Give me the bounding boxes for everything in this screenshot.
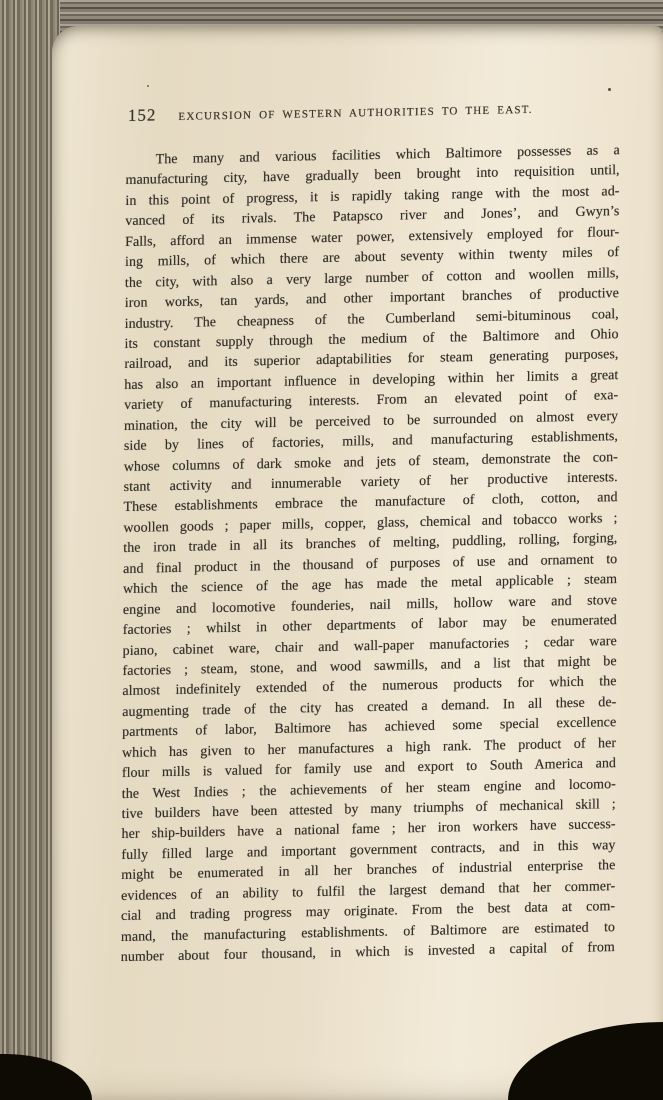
book-page: 152 EXCURSION OF WESTERN AUTHORITIES TO … bbox=[52, 26, 663, 1100]
page-text: The many and various facilities which Ba… bbox=[121, 141, 620, 968]
page-header: 152 EXCURSION OF WESTERN AUTHORITIES TO … bbox=[128, 96, 620, 126]
book-scan: 152 EXCURSION OF WESTERN AUTHORITIES TO … bbox=[0, 0, 663, 1100]
page-content: 152 EXCURSION OF WESTERN AUTHORITIES TO … bbox=[121, 96, 620, 968]
page-number: 152 bbox=[128, 105, 157, 126]
ink-speck bbox=[608, 88, 611, 91]
book-page-edges-left bbox=[0, 0, 60, 1066]
running-header: EXCURSION OF WESTERN AUTHORITIES TO THE … bbox=[178, 104, 532, 123]
ink-speck bbox=[147, 85, 149, 87]
